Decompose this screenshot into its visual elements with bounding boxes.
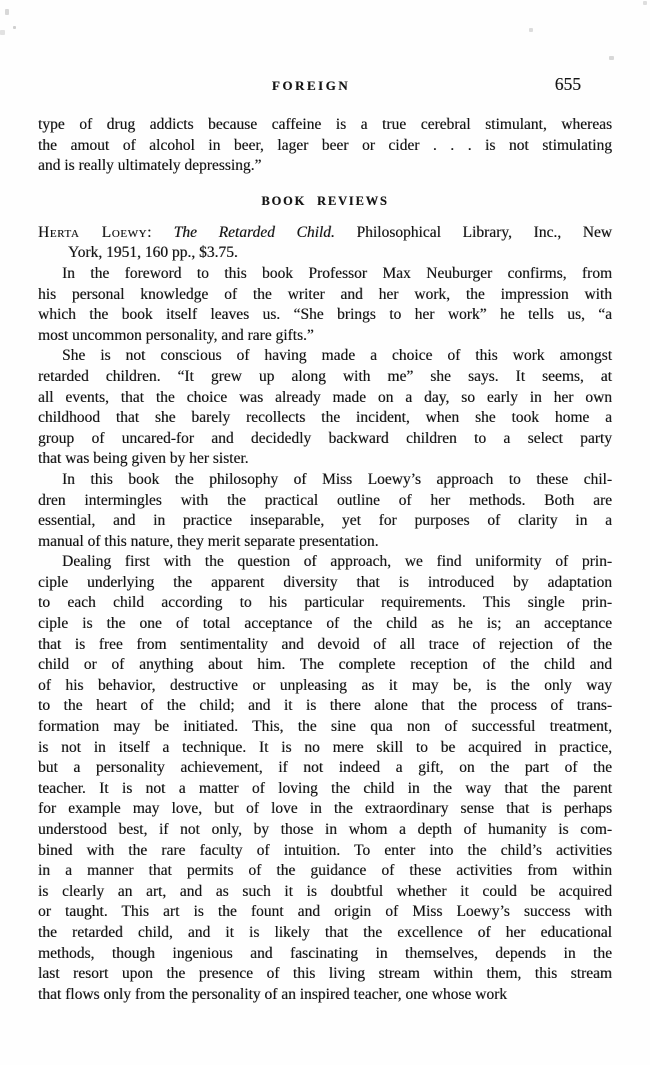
section-heading: BOOK REVIEWS: [38, 193, 612, 209]
running-head: FOREIGN: [272, 78, 350, 94]
scanned-page: FOREIGN 655 type of drug addicts because…: [0, 0, 650, 1065]
text-line: to each child according to his particula…: [38, 593, 612, 614]
text-line: childhood that she barely recollects the…: [38, 408, 612, 429]
text-line: of his behavior, destructive or unpleasi…: [38, 676, 612, 697]
text-line: or taught. This art is the fount and ori…: [38, 902, 612, 923]
text-line: manual of this nature, they merit separa…: [38, 532, 612, 553]
text-line: the amout of alcohol in beer, lager beer…: [38, 136, 612, 157]
paragraph: type of drug addicts because caffeine is…: [38, 115, 612, 177]
text-line: ciple is the one of total acceptance of …: [38, 614, 612, 635]
paragraph: She is not conscious of having made a ch…: [38, 346, 612, 470]
text-line: type of drug addicts because caffeine is…: [38, 115, 612, 136]
text-line: child or of anything about him. The comp…: [38, 655, 612, 676]
scan-artifact: [643, 1, 647, 5]
text-line: is clearly an art, and as such it is dou…: [38, 882, 612, 903]
page-header: FOREIGN 655: [38, 74, 612, 96]
text-line: methods, though ingenious and fascinatin…: [38, 944, 612, 965]
scan-artifact: [13, 26, 16, 29]
scan-artifact: [0, 30, 5, 35]
citation-line2: York, 1951, 160 pp., $3.75.: [38, 243, 612, 264]
text-line: retarded children. “It grew up along wit…: [38, 367, 612, 388]
text-line: and is really ultimately depressing.”: [38, 156, 612, 177]
citation-publisher: Philosophical Library, Inc., New: [356, 224, 612, 241]
text-line: his personal knowledge of the writer and…: [38, 285, 612, 306]
text-line: which the book itself leaves us. “She br…: [38, 305, 612, 326]
text-line: for example may love, but of love in the…: [38, 799, 612, 820]
text-line: dren intermingles with the practical out…: [38, 491, 612, 512]
text-line: last resort upon the presence of this li…: [38, 964, 612, 985]
scan-artifact: [5, 9, 9, 15]
page-body: type of drug addicts because caffeine is…: [38, 115, 612, 1005]
paragraph: In this book the philosophy of Miss Loew…: [38, 470, 612, 552]
paragraph: In the foreword to this book Professor M…: [38, 264, 612, 346]
text-line: group of uncared-for and decidedly backw…: [38, 429, 612, 450]
review-body: In the foreword to this book Professor M…: [38, 264, 612, 1005]
page-number: 655: [555, 74, 581, 95]
text-line: all events, that the choice was already …: [38, 388, 612, 409]
text-line: teacher. It is not a matter of loving th…: [38, 779, 612, 800]
paragraph: Dealing first with the question of appro…: [38, 552, 612, 1005]
citation-title: The Retarded Child.: [174, 224, 335, 241]
continued-paragraph-host: type of drug addicts because caffeine is…: [38, 115, 612, 177]
text-line: that is free from sentimentality and dev…: [38, 635, 612, 656]
text-line: In this book the philosophy of Miss Loew…: [38, 470, 612, 491]
text-line: In the foreword to this book Professor M…: [38, 264, 612, 285]
text-line: essential, and in practice inseparable, …: [38, 511, 612, 532]
text-line: bined with the rare faculty of intuition…: [38, 841, 612, 862]
text-line: Dealing first with the question of appro…: [38, 552, 612, 573]
text-line: that flows only from the personality of …: [38, 985, 612, 1006]
text-line: She is not conscious of having made a ch…: [38, 346, 612, 367]
text-line: is not in itself a technique. It is no m…: [38, 738, 612, 759]
text-line: ciple underlying the apparent diversity …: [38, 573, 612, 594]
citation-line1: Herta Loewy: The Retarded Child. Philoso…: [38, 223, 612, 244]
text-line: that was being given by her sister.: [38, 449, 612, 470]
text-line: but a personality achievement, if not in…: [38, 758, 612, 779]
scan-artifact: [529, 28, 533, 32]
citation-author: Herta Loewy:: [38, 224, 152, 241]
text-line: the retarded child, and it is likely tha…: [38, 923, 612, 944]
book-citation: Herta Loewy: The Retarded Child. Philoso…: [38, 223, 612, 264]
text-line: understood best, if not only, by those i…: [38, 820, 612, 841]
text-line: formation may be initiated. This, the si…: [38, 717, 612, 738]
text-line: to the heart of the child; and it is the…: [38, 696, 612, 717]
scan-artifact: [609, 56, 614, 60]
text-line: in a manner that permits of the guidance…: [38, 861, 612, 882]
text-line: most uncommon personality, and rare gift…: [38, 326, 612, 347]
